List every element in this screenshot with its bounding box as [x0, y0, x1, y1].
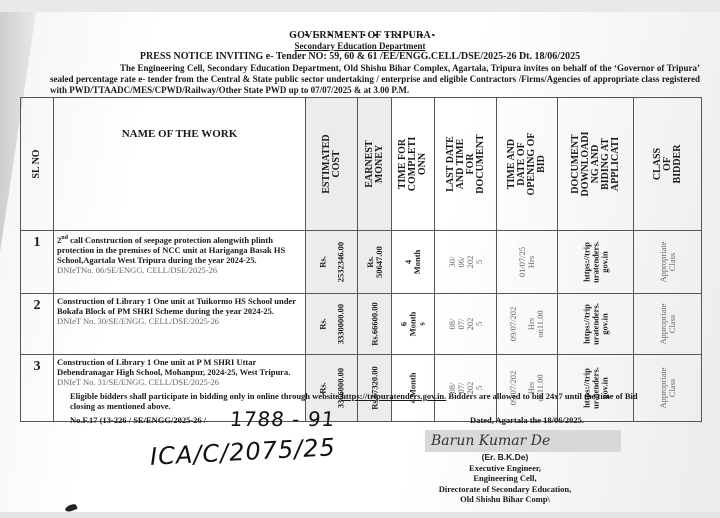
opening-date: 09/07/202 Hrs on11.00	[497, 355, 558, 422]
sl-no: 1	[21, 231, 54, 294]
earnest-money: Rs.67320.00	[358, 355, 392, 422]
time-for-completion: 6 Month s	[392, 294, 435, 355]
dniet-reference: DNIeTNo. 06/SE/ENGG. CELL/DSE/2025-26	[57, 265, 302, 275]
press-notice-title: PRESS NOTICE INVITING e- Tender NO: 59, …	[0, 51, 720, 62]
last-date: 08/ 07/ 202 5	[435, 355, 497, 422]
dniet-reference: DNIeT No. 30/SE/ENGG. CELL/DSE/2025-26	[57, 316, 302, 326]
download-link[interactable]: https://trip uratenders. gov.in	[558, 231, 634, 294]
signatory-block: (Er. B.K.De) Executive Engineer, Enginee…	[420, 452, 590, 505]
tender-table: SL NO NAME OF THE WORK ESTIMATED COST EA…	[20, 97, 702, 422]
col-opening-date: TIME AND DATE OF OPENING OF BID	[497, 98, 558, 231]
background-strip	[0, 512, 720, 518]
table-row: 2 Construction of Library 1 One unit at …	[21, 294, 702, 355]
col-time-for-completion: TIME FOR COMPLETI ONN	[392, 98, 435, 231]
dated-line: Dated, Agartala the 18/06/2025.	[470, 415, 584, 425]
signature: Barun Kumar De	[425, 430, 621, 452]
col-sl-no: SL NO	[21, 98, 54, 231]
col-class-of-bidder: CLASS OF BIDDER	[634, 98, 702, 231]
table-row: 1 2nd call Construction of seepage prote…	[21, 231, 702, 294]
opening-date: 01/07/25 Hrs	[497, 231, 558, 294]
handwritten-number: 1788 - 91	[229, 407, 337, 431]
col-estimated-cost: ESTIMATED COST	[306, 98, 358, 231]
estimated-cost: Rs. 2532346.00	[306, 231, 358, 294]
notice-paragraph: The Engineering Cell, Secondary Educatio…	[50, 63, 700, 96]
table-row: 3 Construction of Library 1 One unit at …	[21, 355, 702, 422]
last-date: 08/ 07/ 202 5	[435, 294, 497, 355]
eligibility-note: Eligible bidders shall participate in bi…	[70, 391, 650, 411]
government-heading: GOVERNMENT OF TRIPURA	[0, 30, 720, 41]
opening-date: 09/07/202 Hrs on11.00	[497, 294, 558, 355]
col-document-download: DOCUMENT DOWNLOADI NG AND BIDING AT APPL…	[558, 98, 634, 231]
class-of-bidder: Appropriate Class	[634, 355, 702, 422]
signatory-cell: Engineering Cell,	[420, 473, 590, 484]
download-link[interactable]: https://trip uratenders. gov.in	[558, 294, 634, 355]
signatory-directorate: Directorate of Secondary Education,	[420, 484, 590, 495]
time-for-completion: 4 Month	[392, 355, 435, 422]
dniet-reference: DNIeT No. 31/SE/ENGG. CELL/DSE/2025-26	[57, 377, 302, 387]
class-of-bidder: Appropriate Class	[634, 231, 702, 294]
col-earnest-money: EARNEST MONEY	[358, 98, 392, 231]
signatory-address: Old Shishu Bihar Comp\	[420, 494, 590, 505]
work-description: 2nd call Construction of seepage protect…	[54, 231, 306, 294]
signatory-name: (Er. B.K.De)	[420, 452, 590, 463]
last-date: 30/ 06/ 202 5	[435, 231, 497, 294]
sl-no: 2	[21, 294, 54, 355]
tender-website-link[interactable]: https://tripuratenders.gov.in.	[341, 391, 446, 401]
time-for-completion: 4 Month	[392, 231, 435, 294]
col-name-of-work: NAME OF THE WORK	[54, 98, 306, 231]
col-last-date: LAST DATE AND TIME FOR DOCUMENT	[435, 98, 497, 231]
download-link[interactable]: https://trip uratenders. gov.in	[558, 355, 634, 422]
class-of-bidder: Appropriate Class	[634, 294, 702, 355]
earnest-money: Rs. 50647.00	[358, 231, 392, 294]
sl-no: 3	[21, 355, 54, 422]
signatory-designation: Executive Engineer,	[420, 463, 590, 474]
table-header-row: SL NO NAME OF THE WORK ESTIMATED COST EA…	[21, 98, 702, 231]
earnest-money: Rs.66600.00	[358, 294, 392, 355]
department-heading: Secondary Education Department	[0, 41, 720, 51]
estimated-cost: Rs. 3330000.00	[306, 294, 358, 355]
work-description: Construction of Library 1 One unit at Tu…	[54, 294, 306, 355]
